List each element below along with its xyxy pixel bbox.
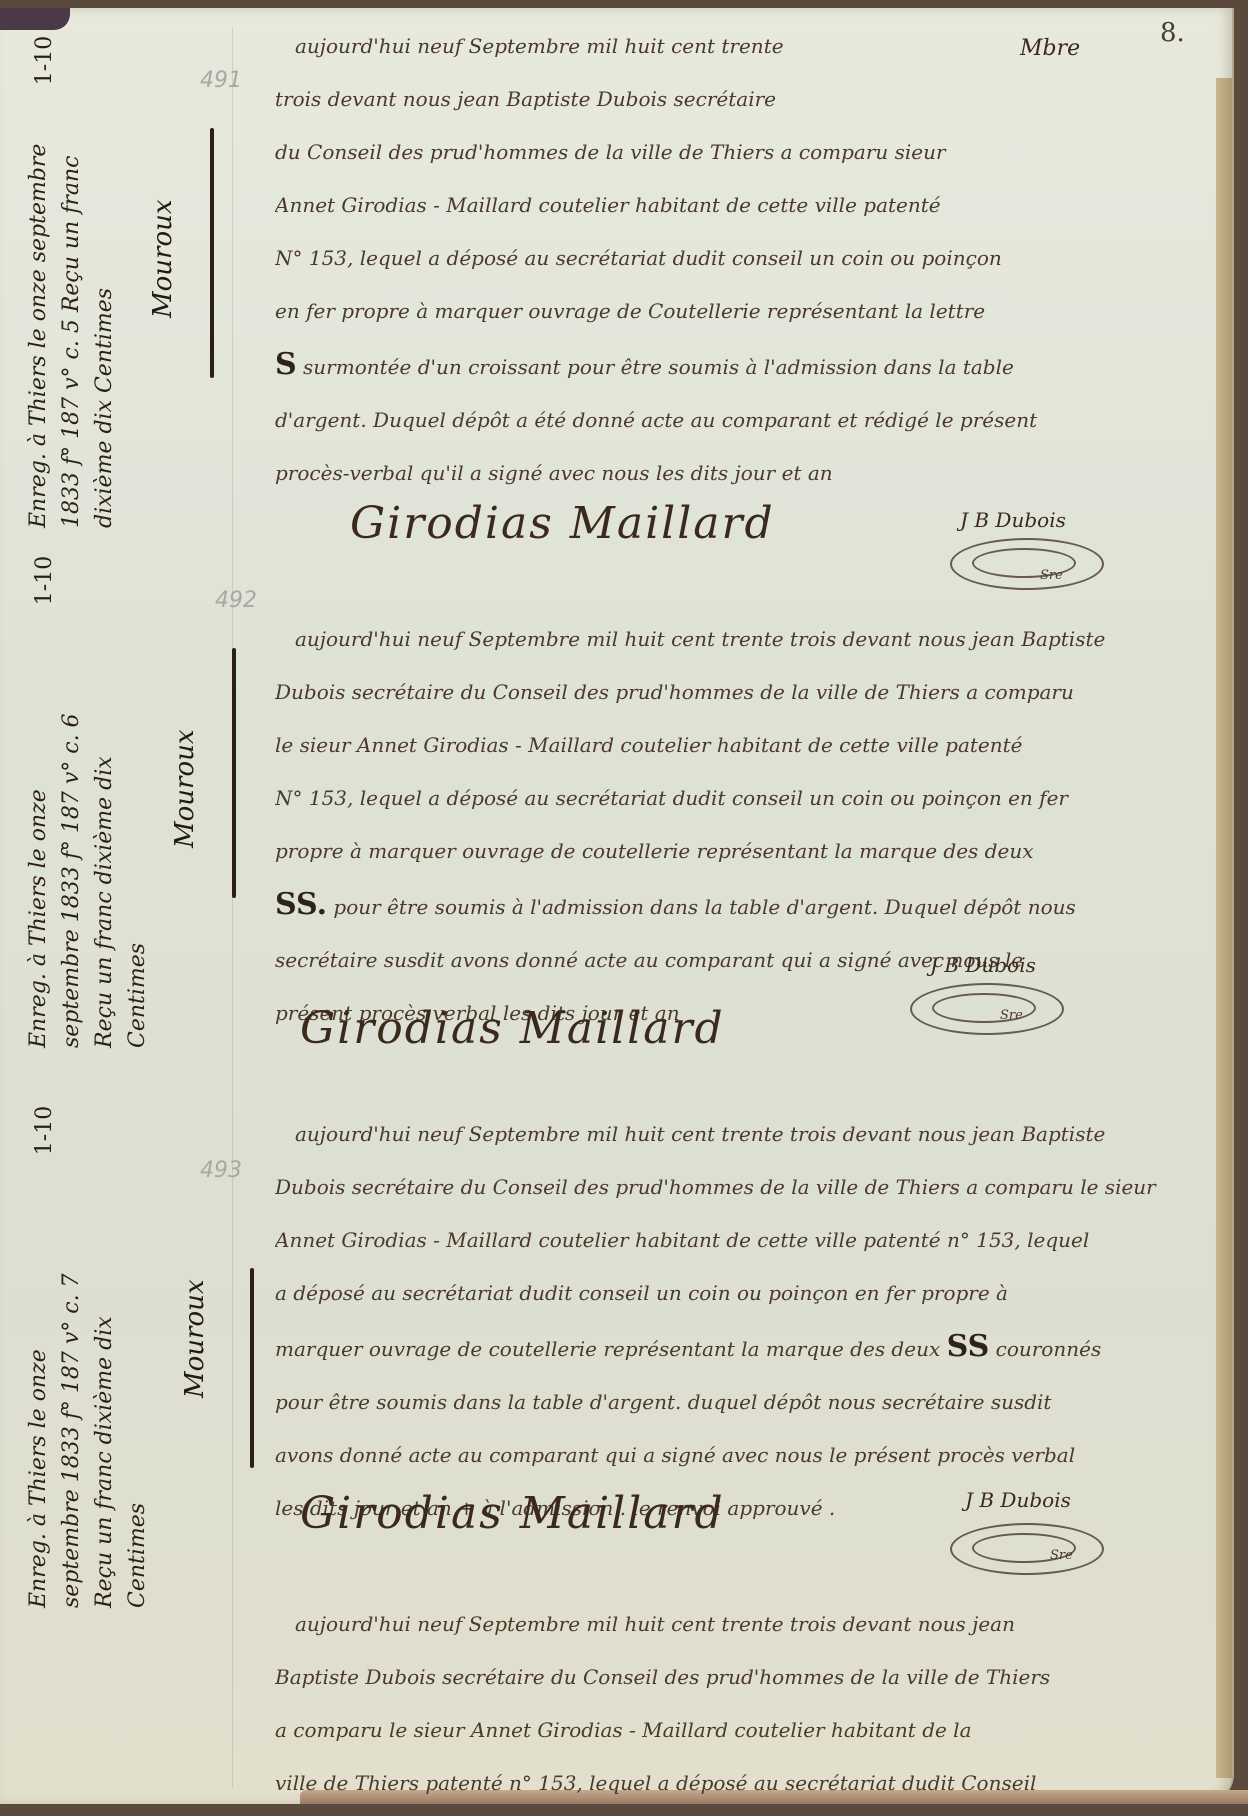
entry-line: pour être soumis dans la table d'argent.… — [275, 1376, 1195, 1429]
entry-line: propre à marquer ouvrage de coutellerie … — [275, 825, 1195, 878]
clerk-title: Sre — [1050, 1548, 1073, 1563]
margin-signature-2: Mouroux — [170, 729, 200, 848]
margin-note-line: Centimes — [121, 1273, 154, 1608]
pencil-entry-number: 492 — [215, 588, 257, 613]
margin-note-line: Enreg. à Thiers le onze septembre — [22, 144, 55, 528]
maker-mark-symbol: SS. — [275, 887, 327, 922]
register-page: 8. 1-10 Enreg. à Thiers le onze septembr… — [0, 8, 1234, 1804]
entry-line: d'argent. Duquel dépôt a été donné acte … — [275, 394, 1195, 447]
clerk-paraph — [950, 538, 1104, 590]
entry-line: Annet Girodias - Maillard coutelier habi… — [275, 1214, 1195, 1267]
margin-note-1: Enreg. à Thiers le onze septembre 1833 f… — [22, 144, 121, 528]
entry-line: aujourd'hui neuf Septembre mil huit cent… — [275, 1598, 1195, 1651]
margin-fee-1: 1-10 — [32, 36, 57, 85]
entry-line: secrétaire susdit avons donné acte au co… — [275, 934, 1195, 987]
margin-note-line: Reçu un franc dixième dix — [88, 1273, 121, 1608]
margin-note-line: Centimes — [121, 713, 154, 1048]
marginal-insert: Mbre — [1020, 36, 1080, 61]
entry-line: procès-verbal qu'il a signé avec nous le… — [275, 447, 1195, 500]
pencil-entry-number: 491 — [200, 68, 242, 93]
margin-fee-3: 1-10 — [32, 1106, 57, 1155]
entry-3: aujourd'hui neuf Septembre mil huit cent… — [275, 1108, 1195, 1535]
entry-line: aujourd'hui neuf Septembre mil huit cent… — [275, 1108, 1195, 1161]
entry-line: le sieur Annet Girodias - Maillard coute… — [275, 719, 1195, 772]
entry-line: N° 153, lequel a déposé au secrétariat d… — [275, 772, 1195, 825]
margin-note-line: 1833 f° 187 v° c. 5 Reçu un franc — [55, 144, 88, 528]
clerk-signature: J B Dubois — [965, 1488, 1071, 1512]
entry-line: pour être soumis à l'admission dans la t… — [333, 895, 1075, 919]
clerk-paraph — [950, 1523, 1104, 1575]
margin-note-line: Enreg. à Thiers le onze — [22, 713, 55, 1048]
margin-note-3: Enreg. à Thiers le onze septembre 1833 f… — [22, 1273, 154, 1608]
entry-line: en fer propre à marquer ouvrage de Coute… — [275, 285, 1195, 338]
maker-signature: Girodias Maillard — [300, 1003, 725, 1054]
clerk-title: Sre — [1040, 568, 1063, 583]
signature-flourish — [232, 648, 236, 898]
entry-line: trois devant nous jean Baptiste Dubois s… — [275, 73, 1195, 126]
entry-line: surmontée d'un croissant pour être soumi… — [303, 355, 1014, 379]
margin-signature-3: Mouroux — [180, 1279, 210, 1398]
entry-line: du Conseil des prud'hommes de la ville d… — [275, 126, 1195, 179]
maker-signature: Girodias Maillard — [300, 1488, 725, 1539]
entry-line: ville de Thiers patenté n° 153, lequel a… — [275, 1757, 1195, 1810]
entry-1: aujourd'hui neuf Septembre mil huit cent… — [275, 20, 1195, 500]
entry-line: Dubois secrétaire du Conseil des prud'ho… — [275, 1161, 1195, 1214]
margin-note-line: Enreg. à Thiers le onze — [22, 1273, 55, 1608]
mark-description: couronnés — [996, 1337, 1102, 1361]
entry-line: a déposé au secrétariat dudit conseil un… — [275, 1267, 1195, 1320]
entry-4: aujourd'hui neuf Septembre mil huit cent… — [275, 1598, 1195, 1810]
margin-note-line: Reçu un franc dixième dix — [88, 713, 121, 1048]
signature-flourish — [250, 1268, 254, 1468]
maker-mark-symbol: SS — [947, 1329, 990, 1364]
signature-flourish — [210, 128, 214, 378]
margin-fee-2: 1-10 — [32, 556, 57, 605]
entry-line: avons donné acte au comparant qui a sign… — [275, 1429, 1195, 1482]
page-edge-right — [1216, 78, 1232, 1778]
clerk-title: Sre — [1000, 1008, 1023, 1023]
margin-note-line: septembre 1833 f° 187 v° c. 6 — [55, 713, 88, 1048]
margin-rule — [232, 28, 233, 1788]
pencil-entry-number: 493 — [200, 1158, 242, 1183]
clerk-signature: J B Dubois — [960, 508, 1066, 532]
clerk-signature: J B Dubois — [930, 953, 1036, 977]
entry-line: Annet Girodias - Maillard coutelier habi… — [275, 179, 1195, 232]
entry-line: Baptiste Dubois secrétaire du Conseil de… — [275, 1651, 1195, 1704]
entry-line: aujourd'hui neuf Septembre mil huit cent… — [275, 613, 1195, 666]
maker-mark-symbol: S — [275, 347, 297, 382]
binding-ribbon — [0, 8, 70, 30]
entry-line: marquer ouvrage de coutellerie représent… — [275, 1337, 940, 1361]
margin-note-2: Enreg. à Thiers le onze septembre 1833 f… — [22, 713, 154, 1048]
maker-signature: Girodias Maillard — [350, 498, 775, 549]
margin-signature-1: Mouroux — [148, 199, 178, 318]
entry-line: a comparu le sieur Annet Girodias - Mail… — [275, 1704, 1195, 1757]
entry-2: aujourd'hui neuf Septembre mil huit cent… — [275, 613, 1195, 1040]
entry-line: Dubois secrétaire du Conseil des prud'ho… — [275, 666, 1195, 719]
margin-note-line: dixième dix Centimes — [88, 144, 121, 528]
margin-note-line: septembre 1833 f° 187 v° c. 7 — [55, 1273, 88, 1608]
entry-line: N° 153, lequel a déposé au secrétariat d… — [275, 232, 1195, 285]
clerk-paraph — [910, 983, 1064, 1035]
